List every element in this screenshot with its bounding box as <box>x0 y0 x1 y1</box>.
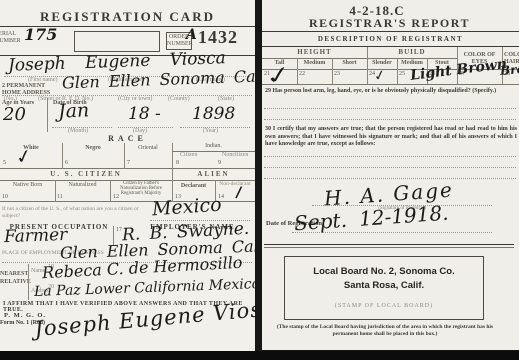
short-no: 23 <box>334 71 340 78</box>
local-board-stamp-line2: Santa Rosa, Calif. <box>285 280 483 291</box>
report-title: REGISTRAR'S REPORT <box>262 16 517 31</box>
address-sublabel-city: (City or town) <box>118 96 152 103</box>
address-sublabel-state: (State) <box>218 96 234 103</box>
alien-header: ALIEN <box>172 171 255 178</box>
description-rule <box>262 46 519 47</box>
nearest-relative-label-2: RELATIVE <box>0 279 31 285</box>
race-indian-label: Indian. <box>172 143 255 150</box>
serial-number-value: 175 <box>24 25 57 44</box>
scan-bottom-edge <box>0 351 519 360</box>
q30-exception-line-2 <box>264 167 516 168</box>
dob-day-value: 18 - <box>128 104 161 124</box>
height-header: HEIGHT <box>262 49 367 56</box>
report-title-rule <box>262 31 519 32</box>
local-board-stamp-box: Local Board No. 2, Sonoma Co. Santa Rosa… <box>284 256 484 320</box>
card-title: REGISTRATION CARD <box>0 9 255 25</box>
race-oriental-label: Oriental <box>124 145 172 152</box>
registrars-report-page: 4-2-18.C REGISTRAR'S REPORT DESCRIPTION … <box>262 0 519 350</box>
non-declarant-label: Non-declarant <box>215 181 255 187</box>
race-negro-no: 6 <box>65 160 68 167</box>
question-30-text: 30 I certify that my answers are true; t… <box>265 126 517 149</box>
description-header: DESCRIPTION OF REGISTRANT <box>262 35 519 43</box>
stamp-section-rule-2 <box>264 247 514 248</box>
table-divider-1 <box>297 58 298 84</box>
height-medium-no: 22 <box>299 71 305 78</box>
address-row-number: 2 <box>2 83 5 89</box>
stamp-box-caption: (The stamp of the Local Board having jur… <box>274 324 496 337</box>
q30-exception-line-1 <box>264 156 516 157</box>
q30-exception-line-3 <box>264 178 516 179</box>
stamp-section-rule-1 <box>264 244 514 245</box>
naturalized-label: Naturalized <box>55 182 110 189</box>
short-label: Short <box>332 60 367 67</box>
race-indian-noncitizen-no: 9 <box>218 160 221 167</box>
document-scan: REGISTRATION CARD SERIAL NUMBER 175 ORDE… <box>0 0 519 360</box>
middle-box <box>74 31 160 52</box>
citizen-by-father-label: Citizen by Father's Naturalization Befor… <box>111 181 171 197</box>
table-divider-3 <box>367 47 368 84</box>
native-born-no: 10 <box>2 194 8 201</box>
race-negro-label: Negro <box>62 145 124 152</box>
citizen-by-father-no: 12 <box>113 194 119 201</box>
order-number-prefix: A <box>186 27 197 43</box>
build-medium-no: 25 <box>399 71 405 78</box>
age-dob-divider <box>47 98 48 132</box>
declarant-label: Declarant <box>172 183 215 190</box>
date-line <box>292 232 492 233</box>
dob-year-value: 1898 <box>192 104 235 124</box>
occupation-value: Farmer <box>4 225 68 247</box>
hair-color-value: Brown <box>499 60 519 78</box>
order-number-value: 1432 <box>198 27 238 48</box>
nation-value: Mexico <box>151 194 222 221</box>
q29-answer-line-2 <box>264 119 516 120</box>
registration-card-page: REGISTRATION CARD SERIAL NUMBER 175 ORDE… <box>0 0 255 352</box>
citizen-header: U. S. CITIZEN <box>0 171 172 178</box>
native-born-label: Native Born <box>0 182 55 189</box>
serial-number-label: SERIAL NUMBER <box>0 31 21 45</box>
dob-month-value: Jan <box>57 99 89 123</box>
race-indian-noncitizen-label: Noncitizen <box>222 152 248 159</box>
race-header: RACE <box>0 134 255 143</box>
slender-label: Slender <box>367 60 397 67</box>
age-value: 20 <box>3 104 26 125</box>
stamp-caption: (STAMP OF LOCAL BOARD) <box>285 303 483 309</box>
build-header: BUILD <box>367 49 457 56</box>
race-oriental-no: 7 <box>127 160 130 167</box>
height-medium-label: Medium <box>297 60 332 67</box>
race-white-no: 5 <box>3 160 6 167</box>
race-indian-citizen-label: Citizen <box>180 152 197 159</box>
table-divider-2 <box>332 58 333 84</box>
race-indian-citizen-no: 8 <box>176 160 179 167</box>
relative-divider <box>28 264 29 300</box>
question-29-text: 29 Has person lost arm, leg, hand, eye, … <box>265 88 517 95</box>
nation-question-label: If not a citizen of the U. S., of what n… <box>2 206 154 219</box>
address-sublabel-county: (County) <box>168 96 190 103</box>
q29-answer-line-1 <box>264 108 516 109</box>
naturalized-no: 11 <box>57 194 63 201</box>
nearest-relative-label-1: NEAREST <box>0 271 28 277</box>
table-divider-4 <box>397 58 398 84</box>
table-bottom-rule <box>262 84 519 85</box>
local-board-stamp-line1: Local Board No. 2, Sonoma Co. <box>285 266 483 277</box>
